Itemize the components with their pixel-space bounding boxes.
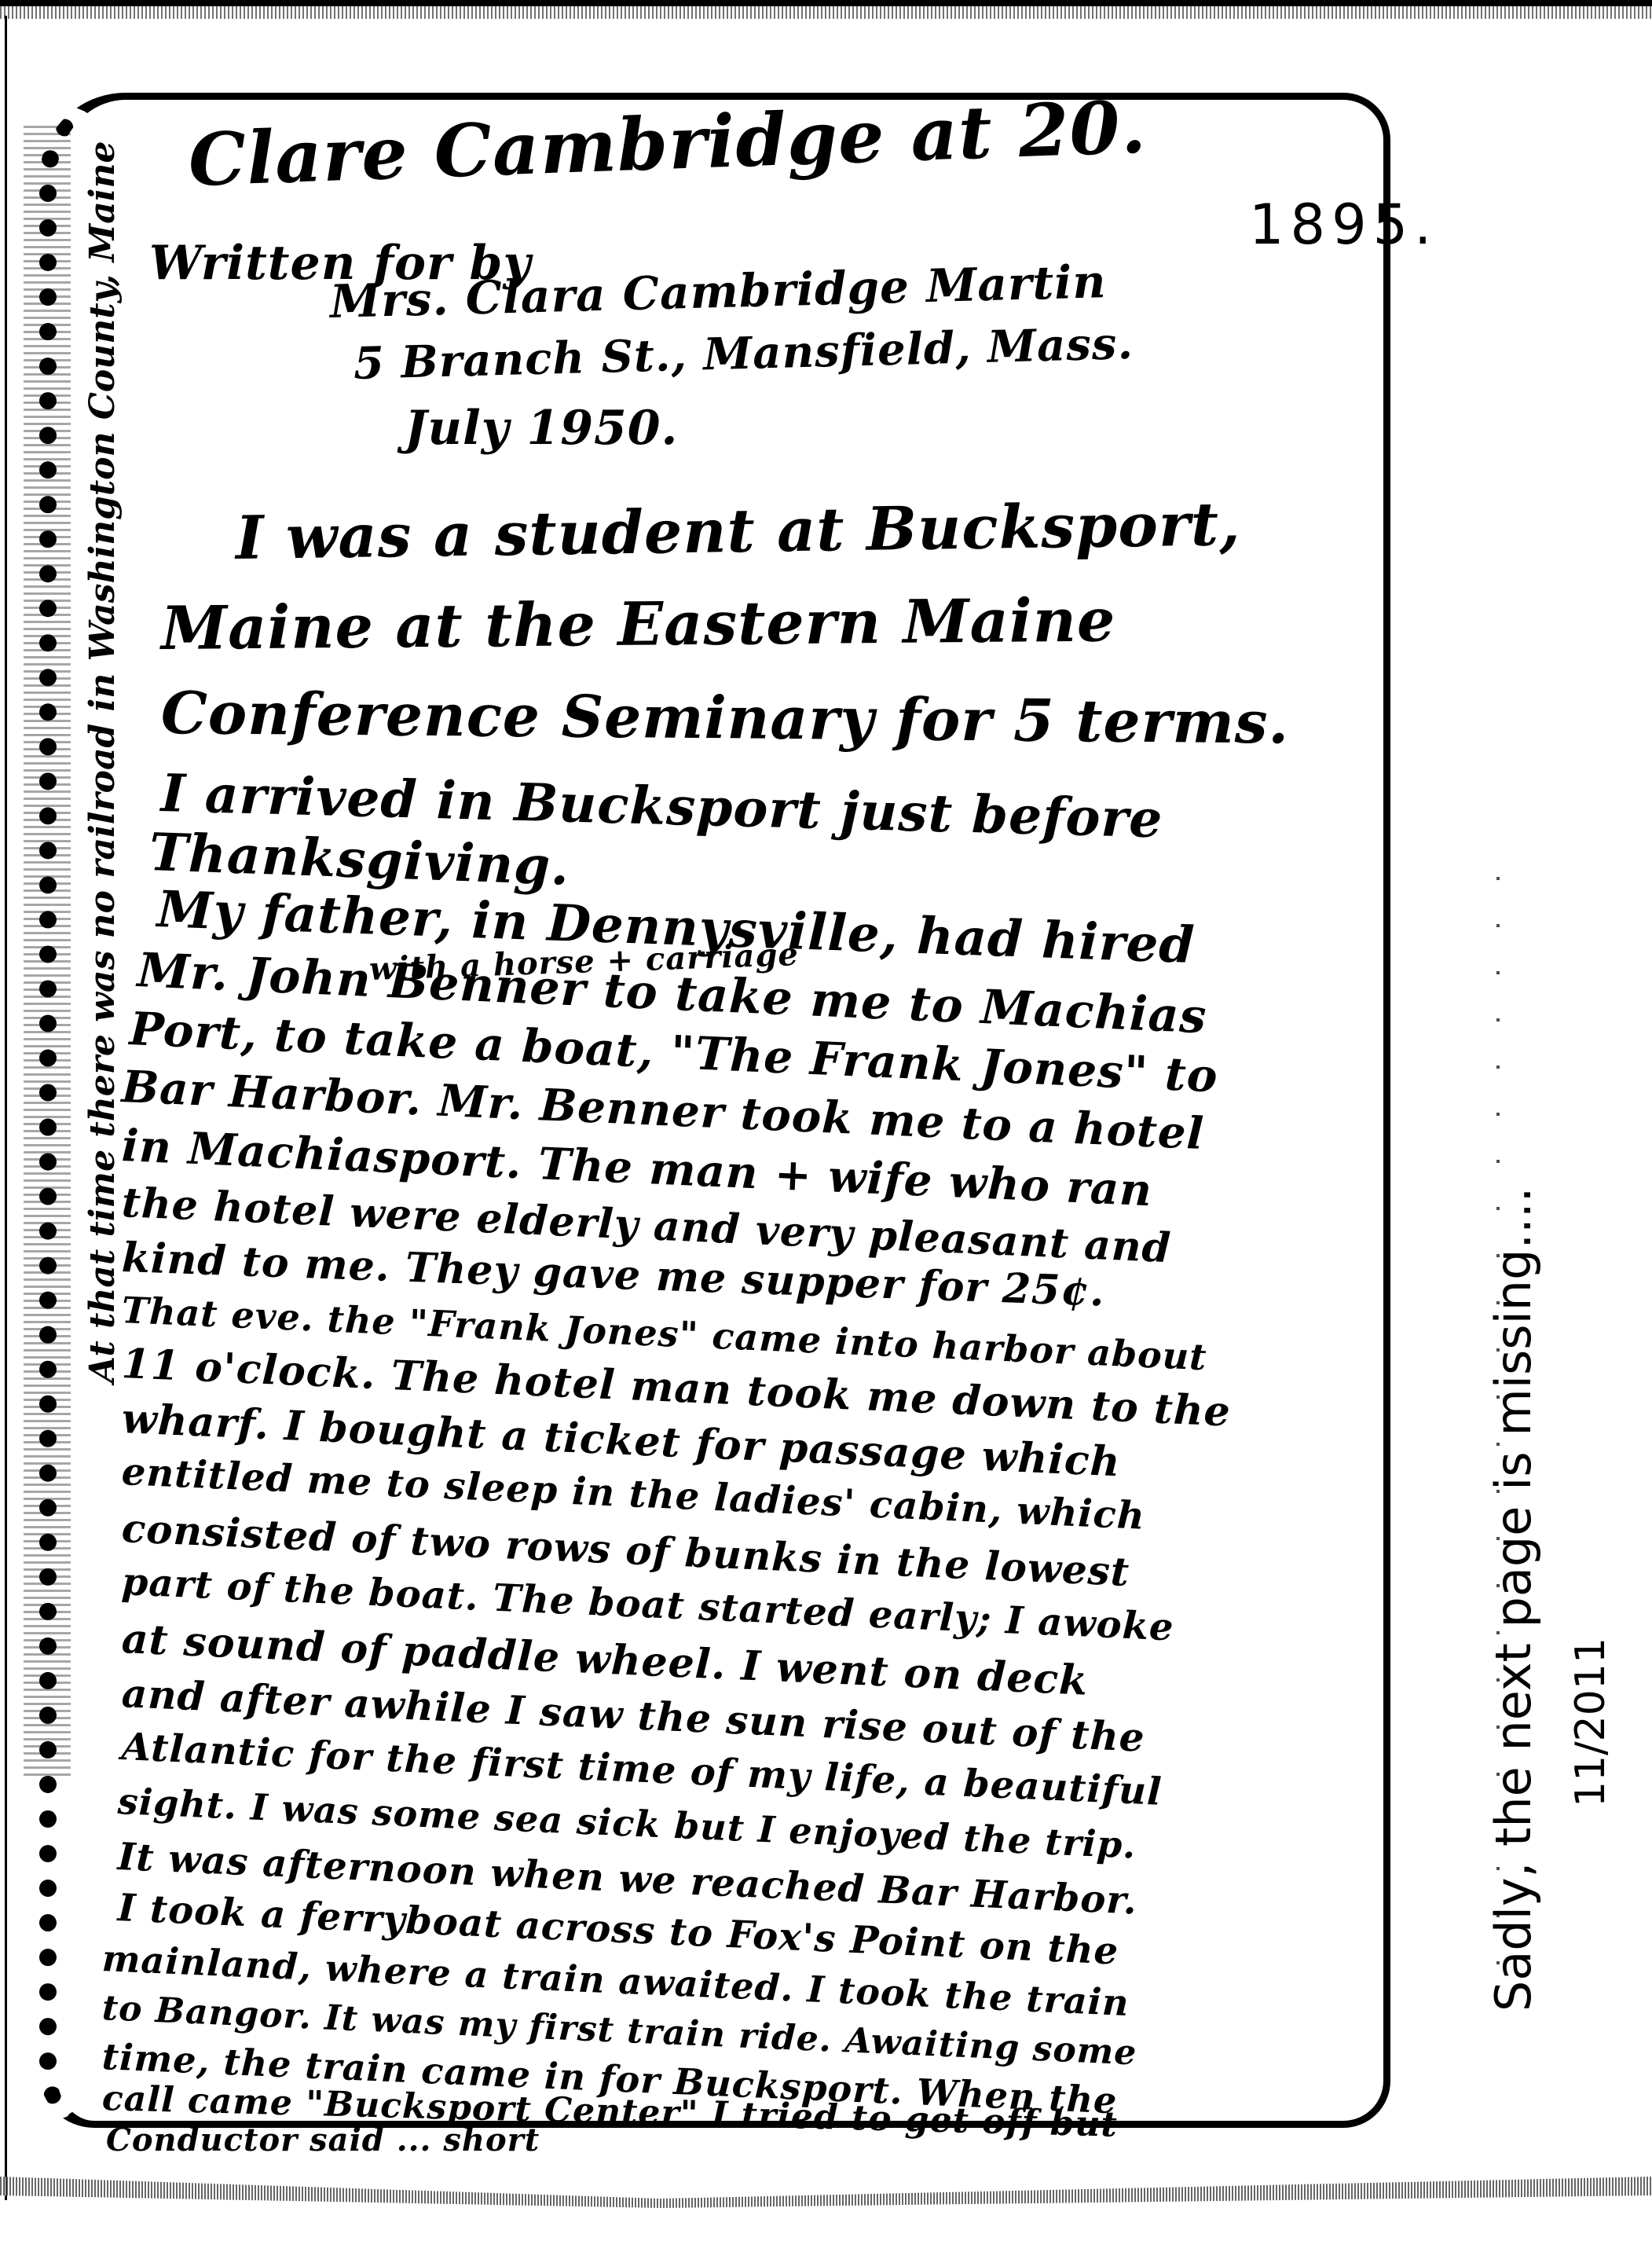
body-line: Conductor said ... short [106, 2122, 540, 2158]
scan-left-border [5, 16, 7, 2200]
scan-bottom-dither [0, 2177, 1652, 2208]
body-line: Conference Seminary for 5 terms. [161, 680, 1290, 757]
written-date: July 1950. [405, 401, 678, 456]
right-margin-note: Sadly, the next page is missing.... [1485, 1187, 1542, 2012]
year-label: 1895. [1249, 193, 1438, 257]
left-margin-note: At that time there was no railroad in Wa… [82, 141, 123, 1383]
scan-top-dither [0, 6, 1652, 19]
right-margin-date: 11/2011 [1567, 1638, 1614, 1807]
body-line: Maine at the Eastern Maine [161, 585, 1116, 663]
scan-top-border [0, 0, 1652, 6]
body-line: I was a student at Bucksport, [235, 489, 1241, 573]
